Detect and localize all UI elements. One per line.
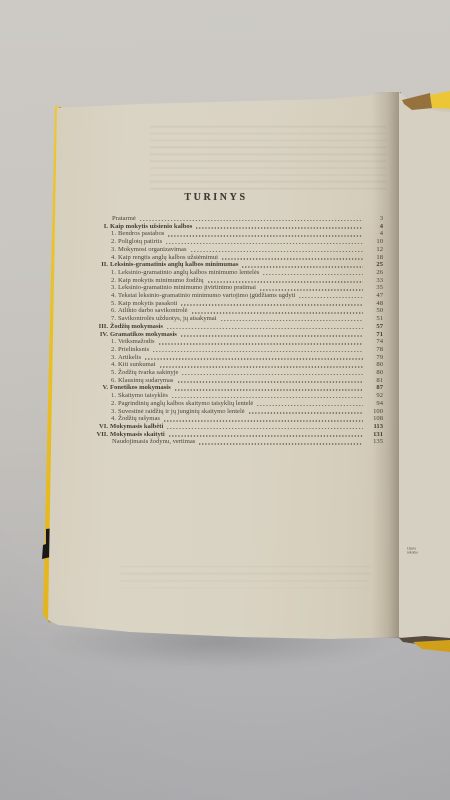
photo-vignette — [0, 0, 450, 800]
book-photo: TURINYS Pratarmė 3 I. Kaip mokytis užsie… — [0, 0, 450, 800]
